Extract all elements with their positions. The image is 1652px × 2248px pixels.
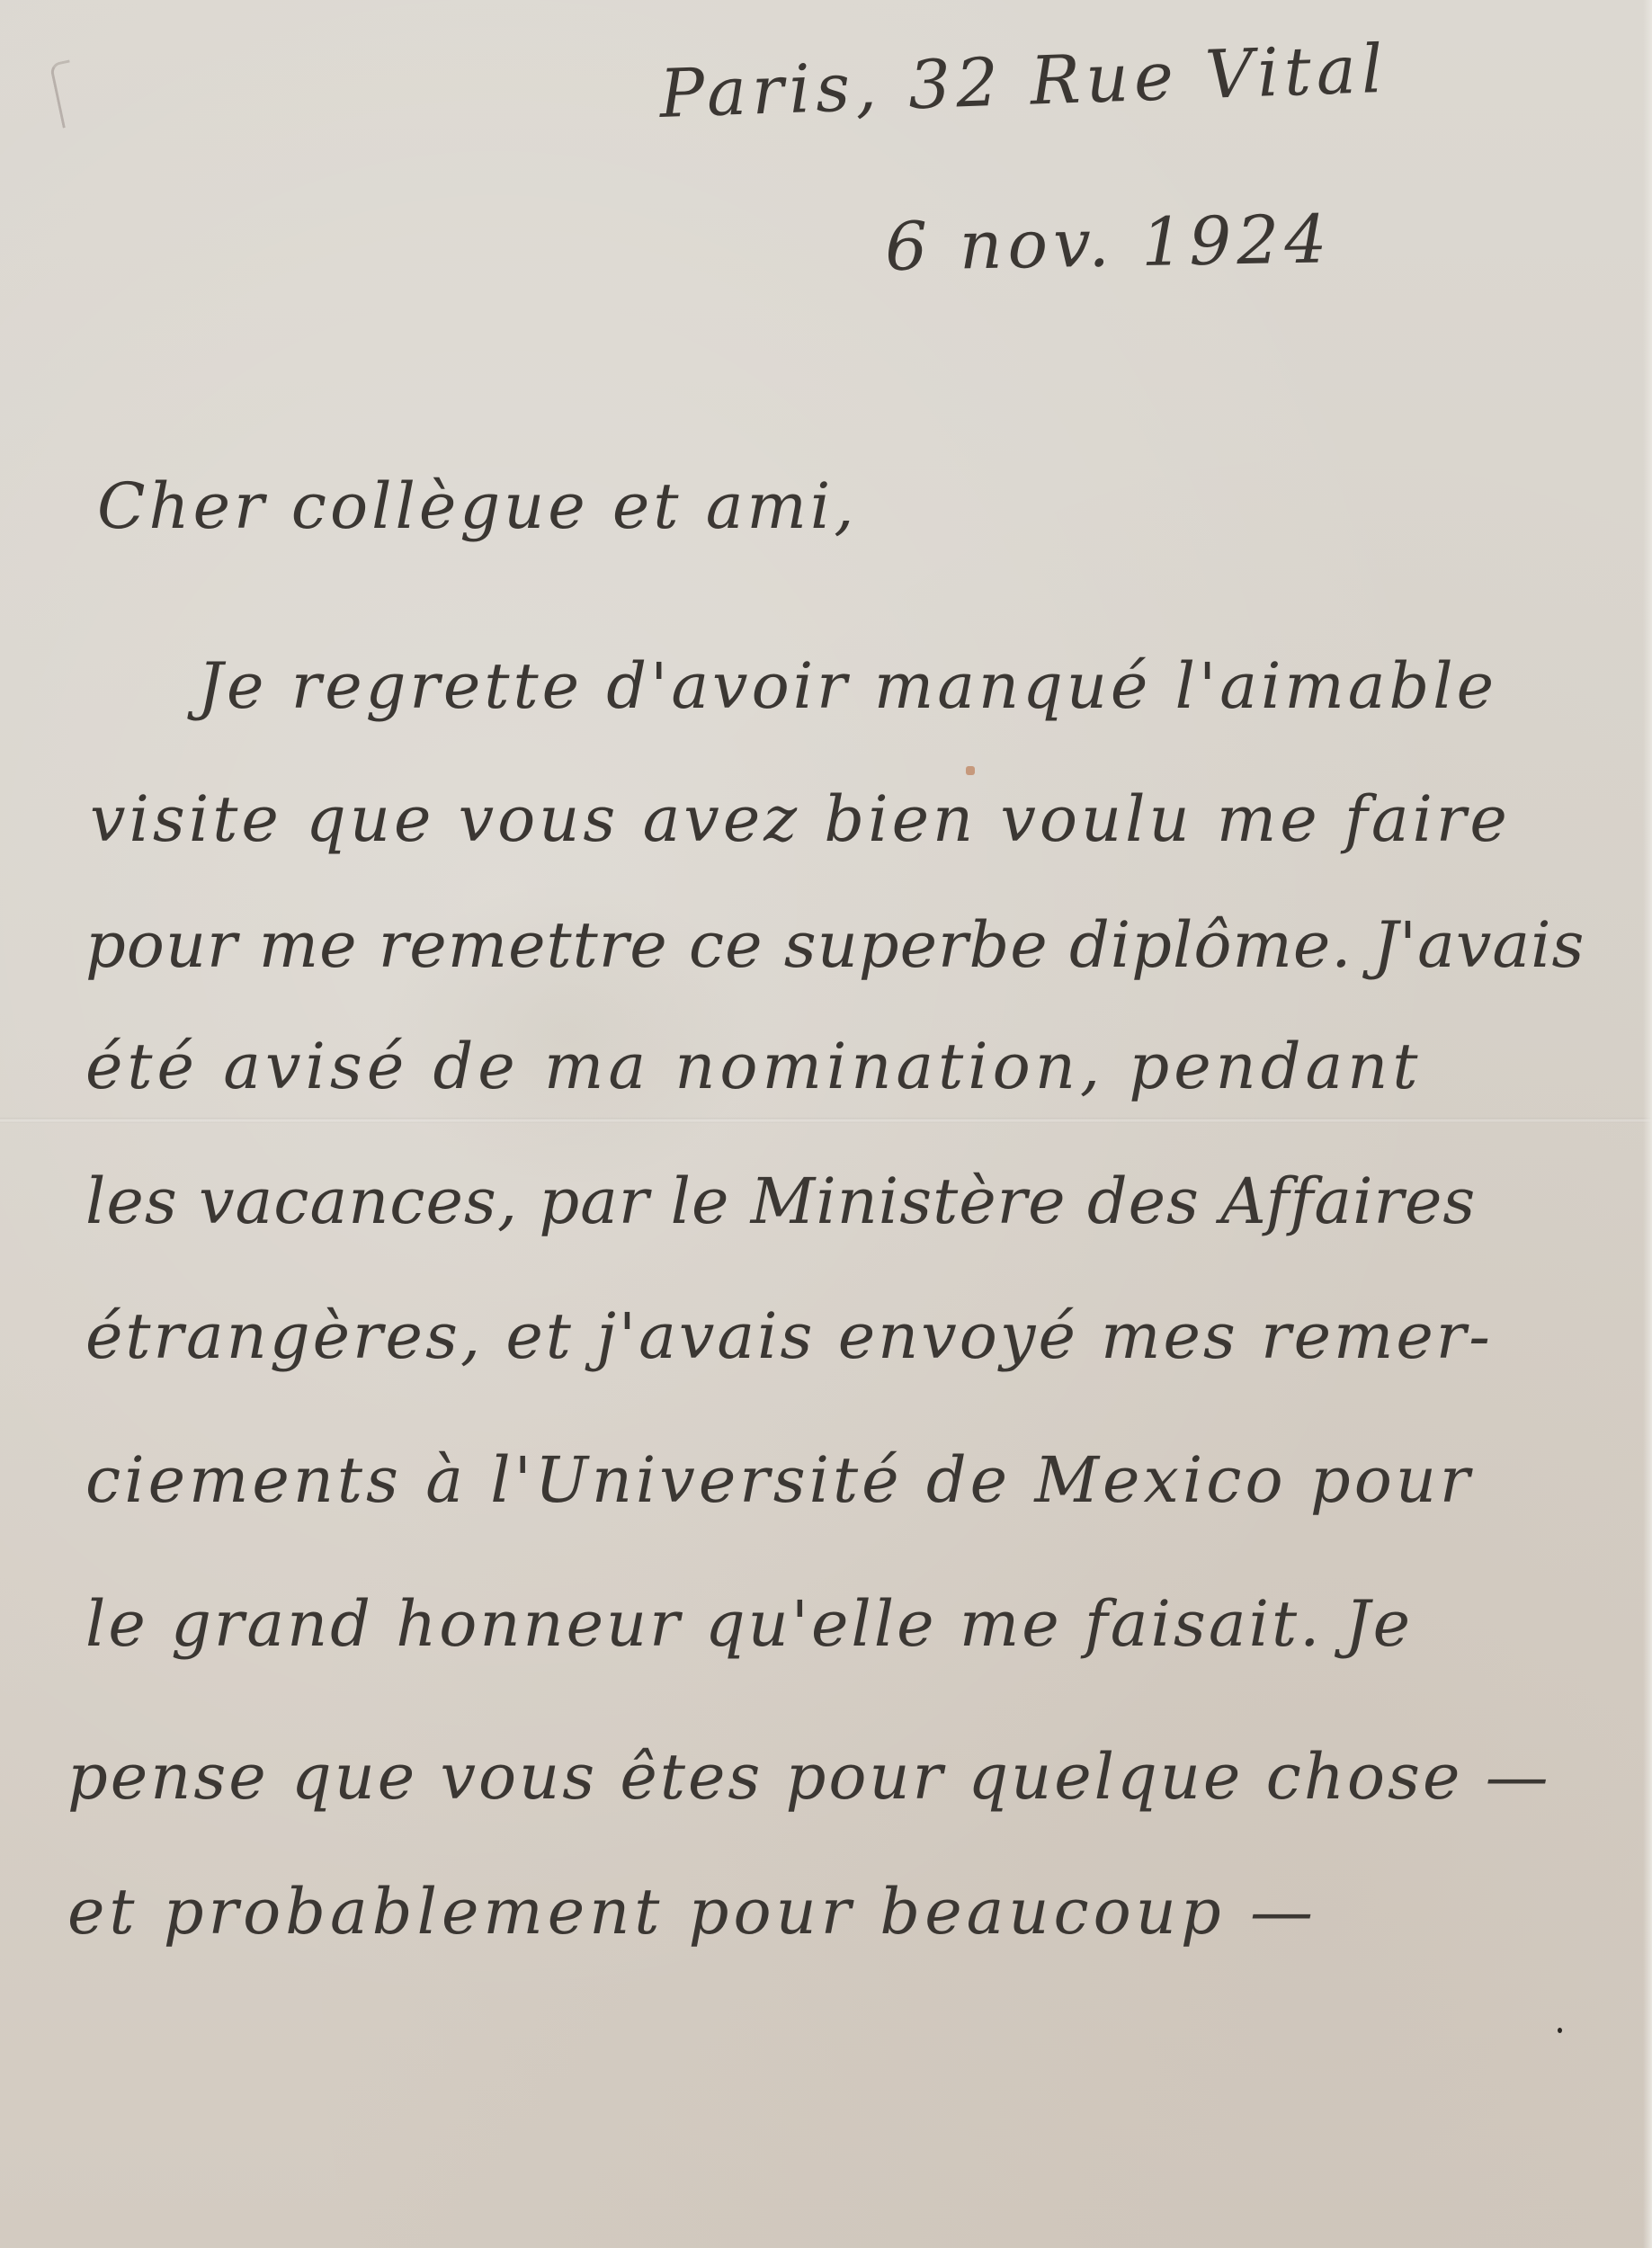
letter-date: 6 nov. 1924 xyxy=(884,201,1333,286)
pencil-mark xyxy=(49,59,84,128)
body-line-5: les vacances, par le Ministère des Affai… xyxy=(85,1164,1476,1238)
ink-speck xyxy=(1558,2028,1562,2033)
body-line-4: été avisé de ma nomination, pendant xyxy=(85,1030,1422,1103)
body-line-7: ciements à l'Université de Mexico pour xyxy=(85,1443,1473,1517)
body-line-1: Je regrette d'avoir manqué l'aimable xyxy=(198,649,1497,723)
body-line-6: étrangères, et j'avais envoyé mes remer- xyxy=(85,1299,1493,1373)
body-line-10: et probablement pour beaucoup — xyxy=(67,1875,1317,1949)
body-line-8: le grand honneur qu'elle me faisait. Je xyxy=(85,1587,1413,1661)
letter-salutation: Cher collègue et ami, xyxy=(97,469,857,543)
body-line-2: visite que vous avez bien voulu me faire xyxy=(90,782,1511,856)
body-line-3: pour me remettre ce superbe diplôme. J'a… xyxy=(85,908,1585,982)
letter-address: Paris, 32 Rue Vital xyxy=(658,31,1389,133)
letter-paper: Paris, 32 Rue Vital 6 nov. 1924 Cher col… xyxy=(0,0,1652,2248)
fold-crease xyxy=(0,1118,1652,1123)
body-line-9: pense que vous êtes pour quelque chose — xyxy=(67,1740,1551,1814)
rust-spot xyxy=(966,766,975,775)
